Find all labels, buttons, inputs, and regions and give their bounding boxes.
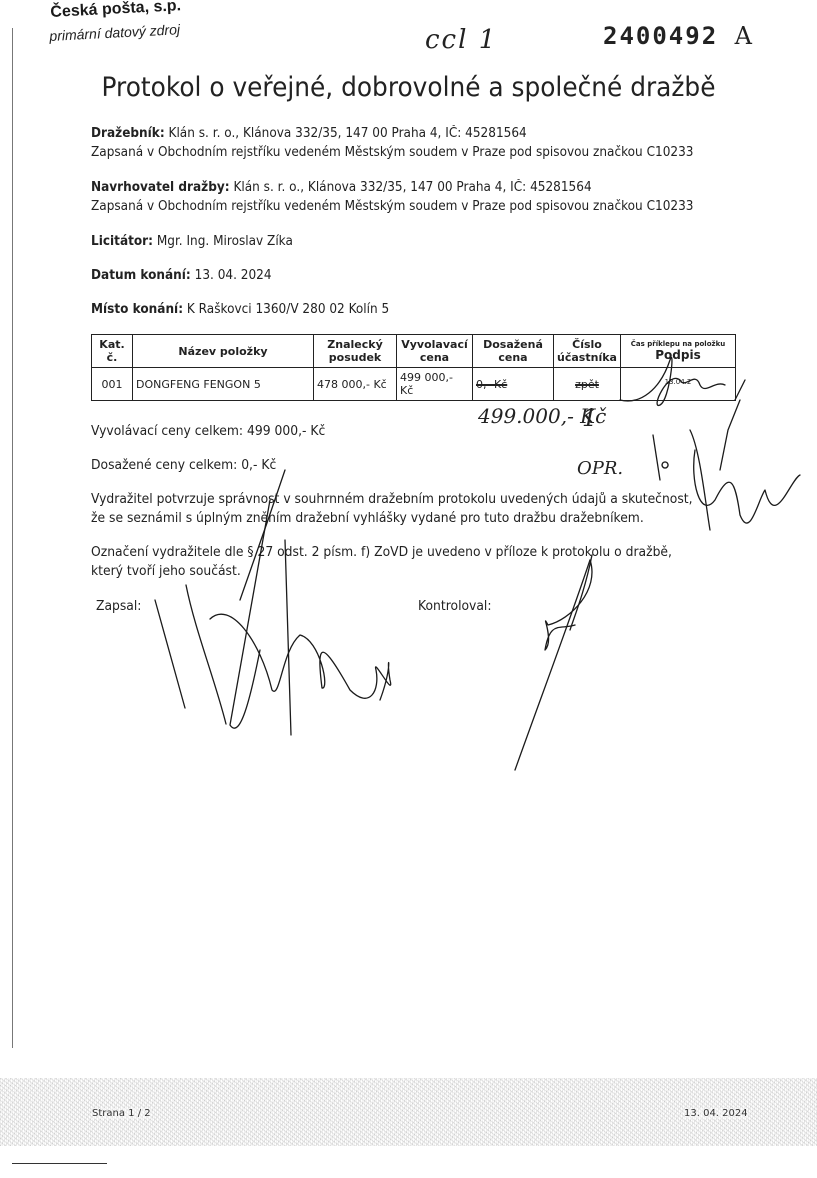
footer-page-number: Strana 1 / 2 [92, 1108, 151, 1119]
footer-rule [12, 1163, 107, 1164]
diagonal-strike-line [0, 0, 817, 1178]
footer-date: 13. 04. 2024 [684, 1108, 748, 1119]
